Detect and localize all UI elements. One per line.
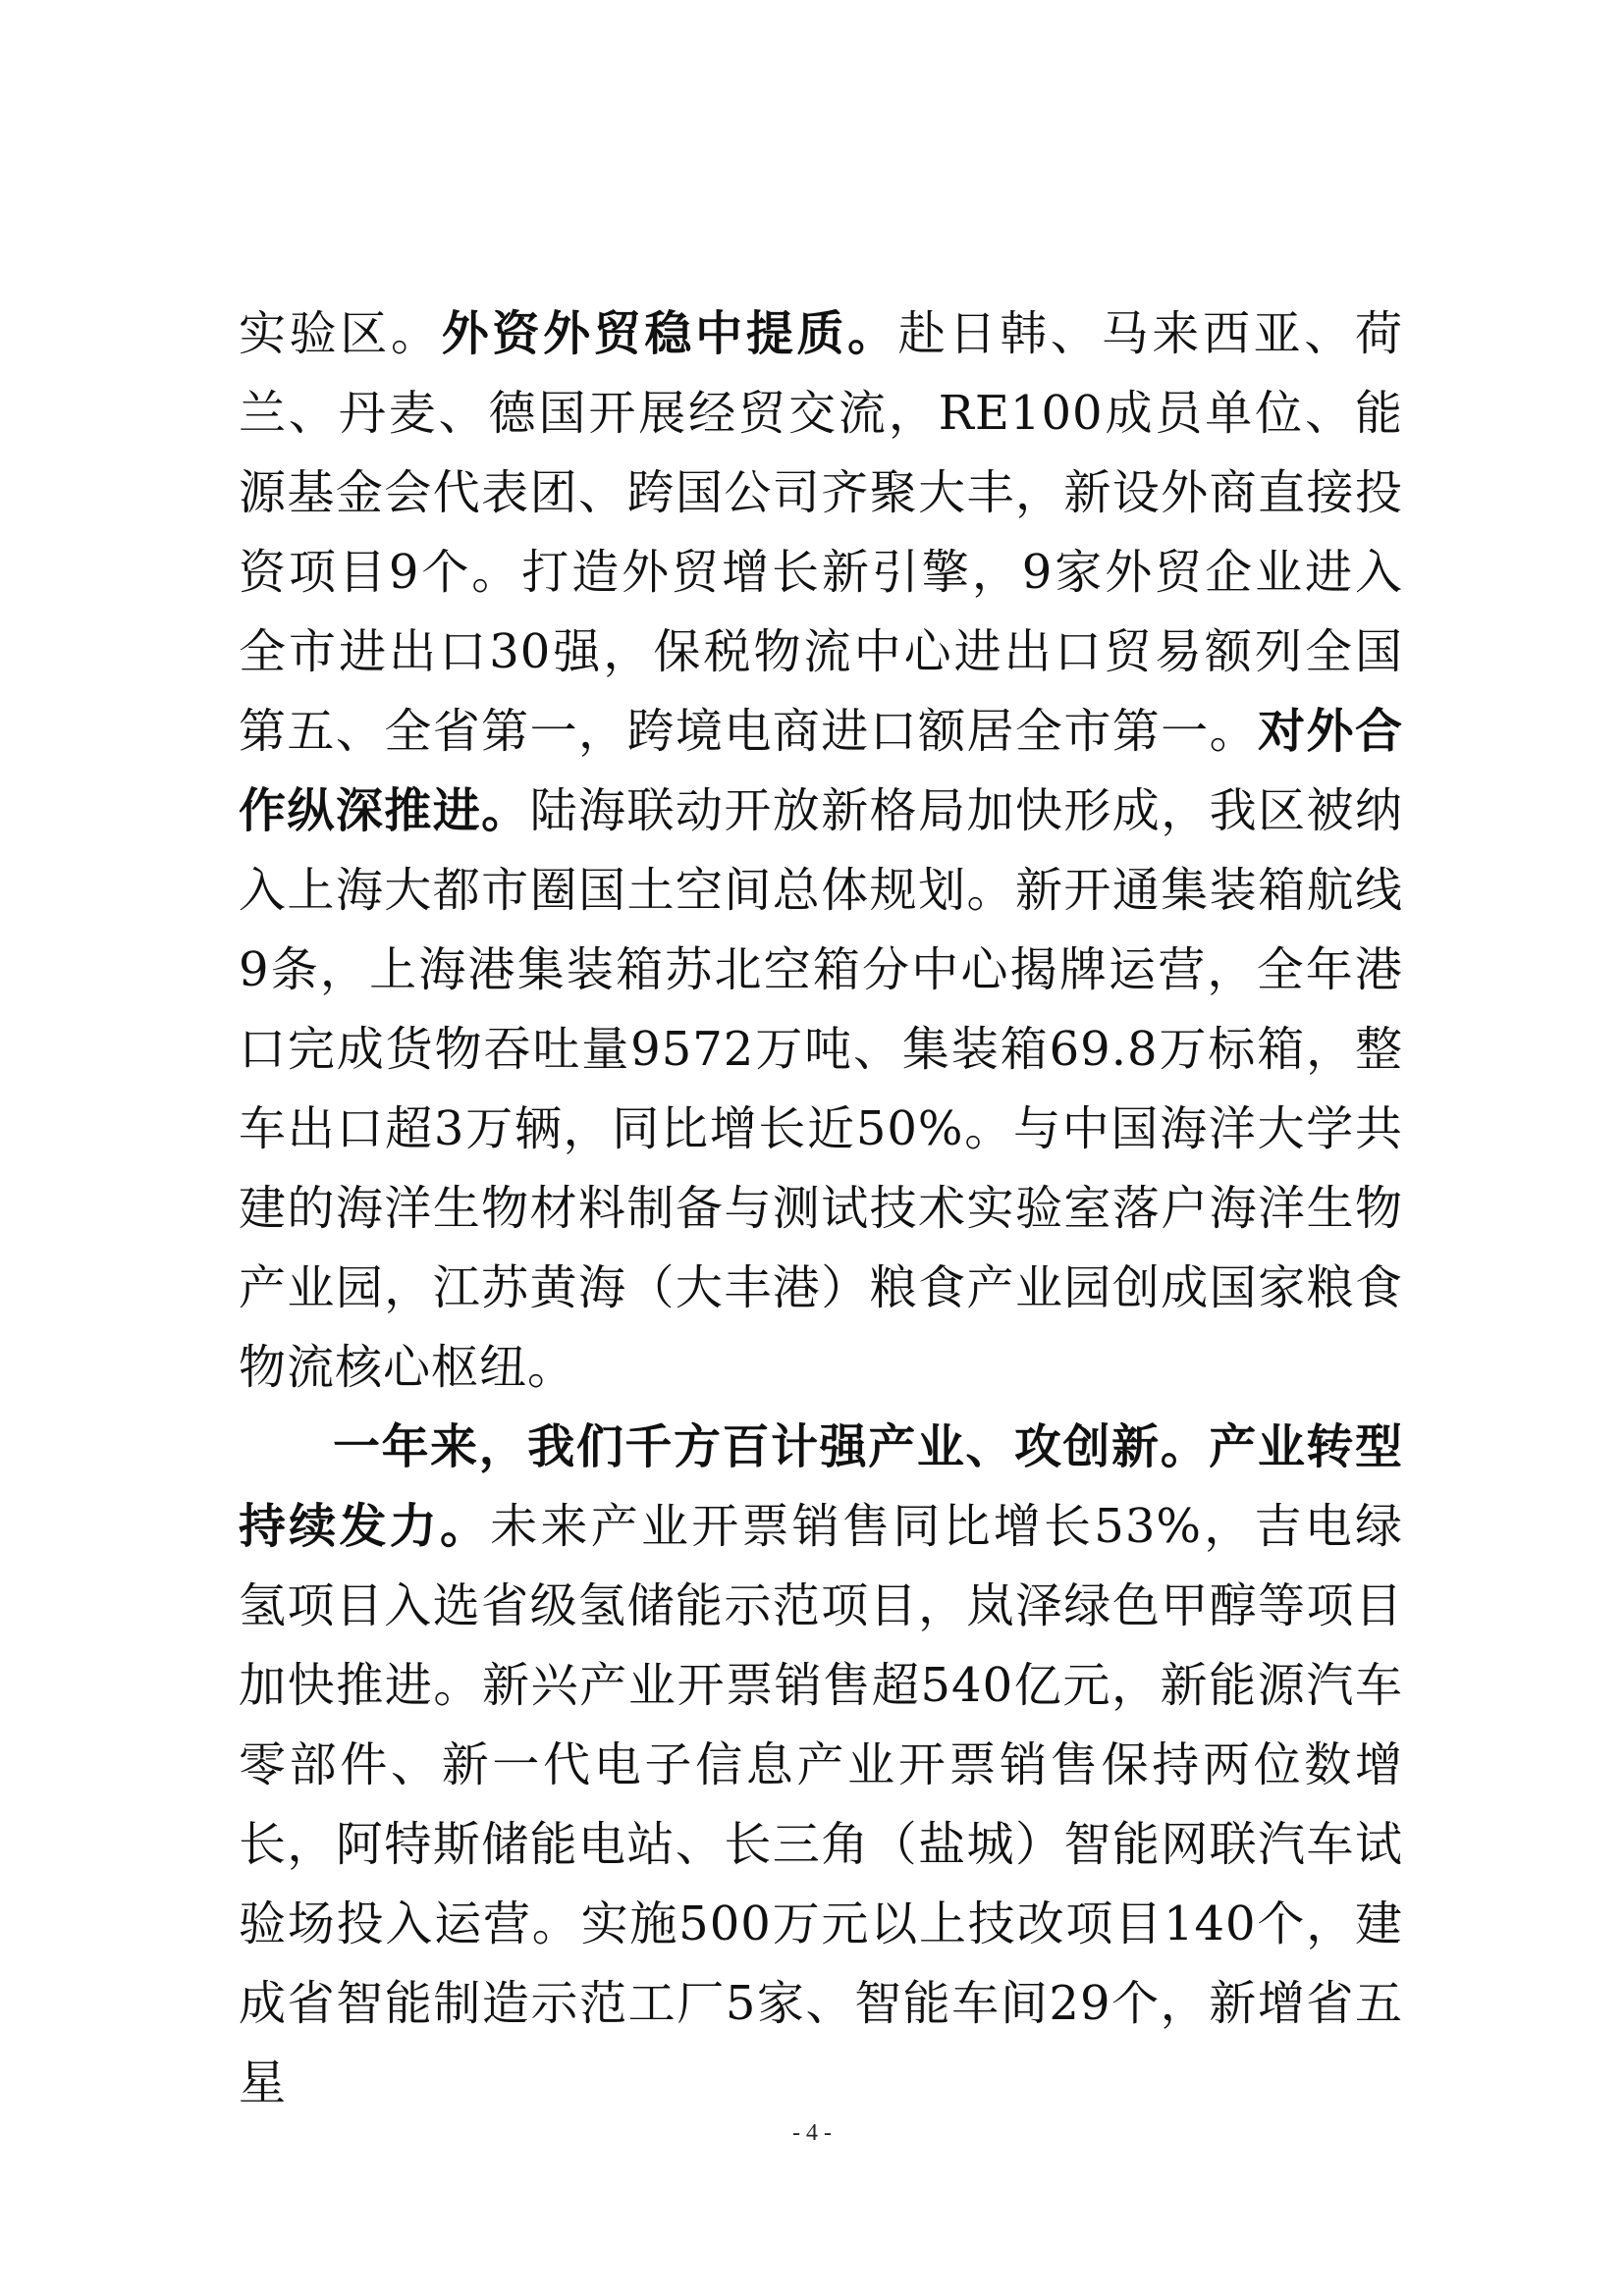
section-lead-sentence: 一年来，我们千方百计强产业、攻创新。	[333, 1419, 1209, 1474]
body-text: 实验区。外资外贸稳中提质。赴日韩、马来西亚、荷兰、丹麦、德国开展经贸交流，RE1…	[239, 294, 1403, 2123]
text-run: 未来产业开票销售同比增长53%，吉电绿氢项目入选省级氢储能示范项目，岚泽绿色甲醇…	[239, 1499, 1403, 2110]
paragraph-opening-reform: 实验区。外资外贸稳中提质。赴日韩、马来西亚、荷兰、丹麦、德国开展经贸交流，RE1…	[239, 294, 1403, 1408]
paragraph-industry-innovation: 一年来，我们千方百计强产业、攻创新。产业转型持续发力。未来产业开票销售同比增长5…	[239, 1408, 1403, 2123]
heading-foreign-trade: 外资外贸稳中提质。	[442, 306, 898, 361]
text-run: 实验区。	[239, 306, 442, 361]
text-run: 陆海联动开放新格局加快形成，我区被纳入上海大都市圈国土空间总体规划。新开通集装箱…	[239, 783, 1403, 1395]
text-run: 赴日韩、马来西亚、荷兰、丹麦、德国开展经贸交流，RE100成员单位、能源基金会代…	[239, 306, 1403, 759]
document-page: 实验区。外资外贸稳中提质。赴日韩、马来西亚、荷兰、丹麦、德国开展经贸交流，RE1…	[0, 0, 1624, 2296]
page-number: - 4 -	[0, 2120, 1624, 2147]
